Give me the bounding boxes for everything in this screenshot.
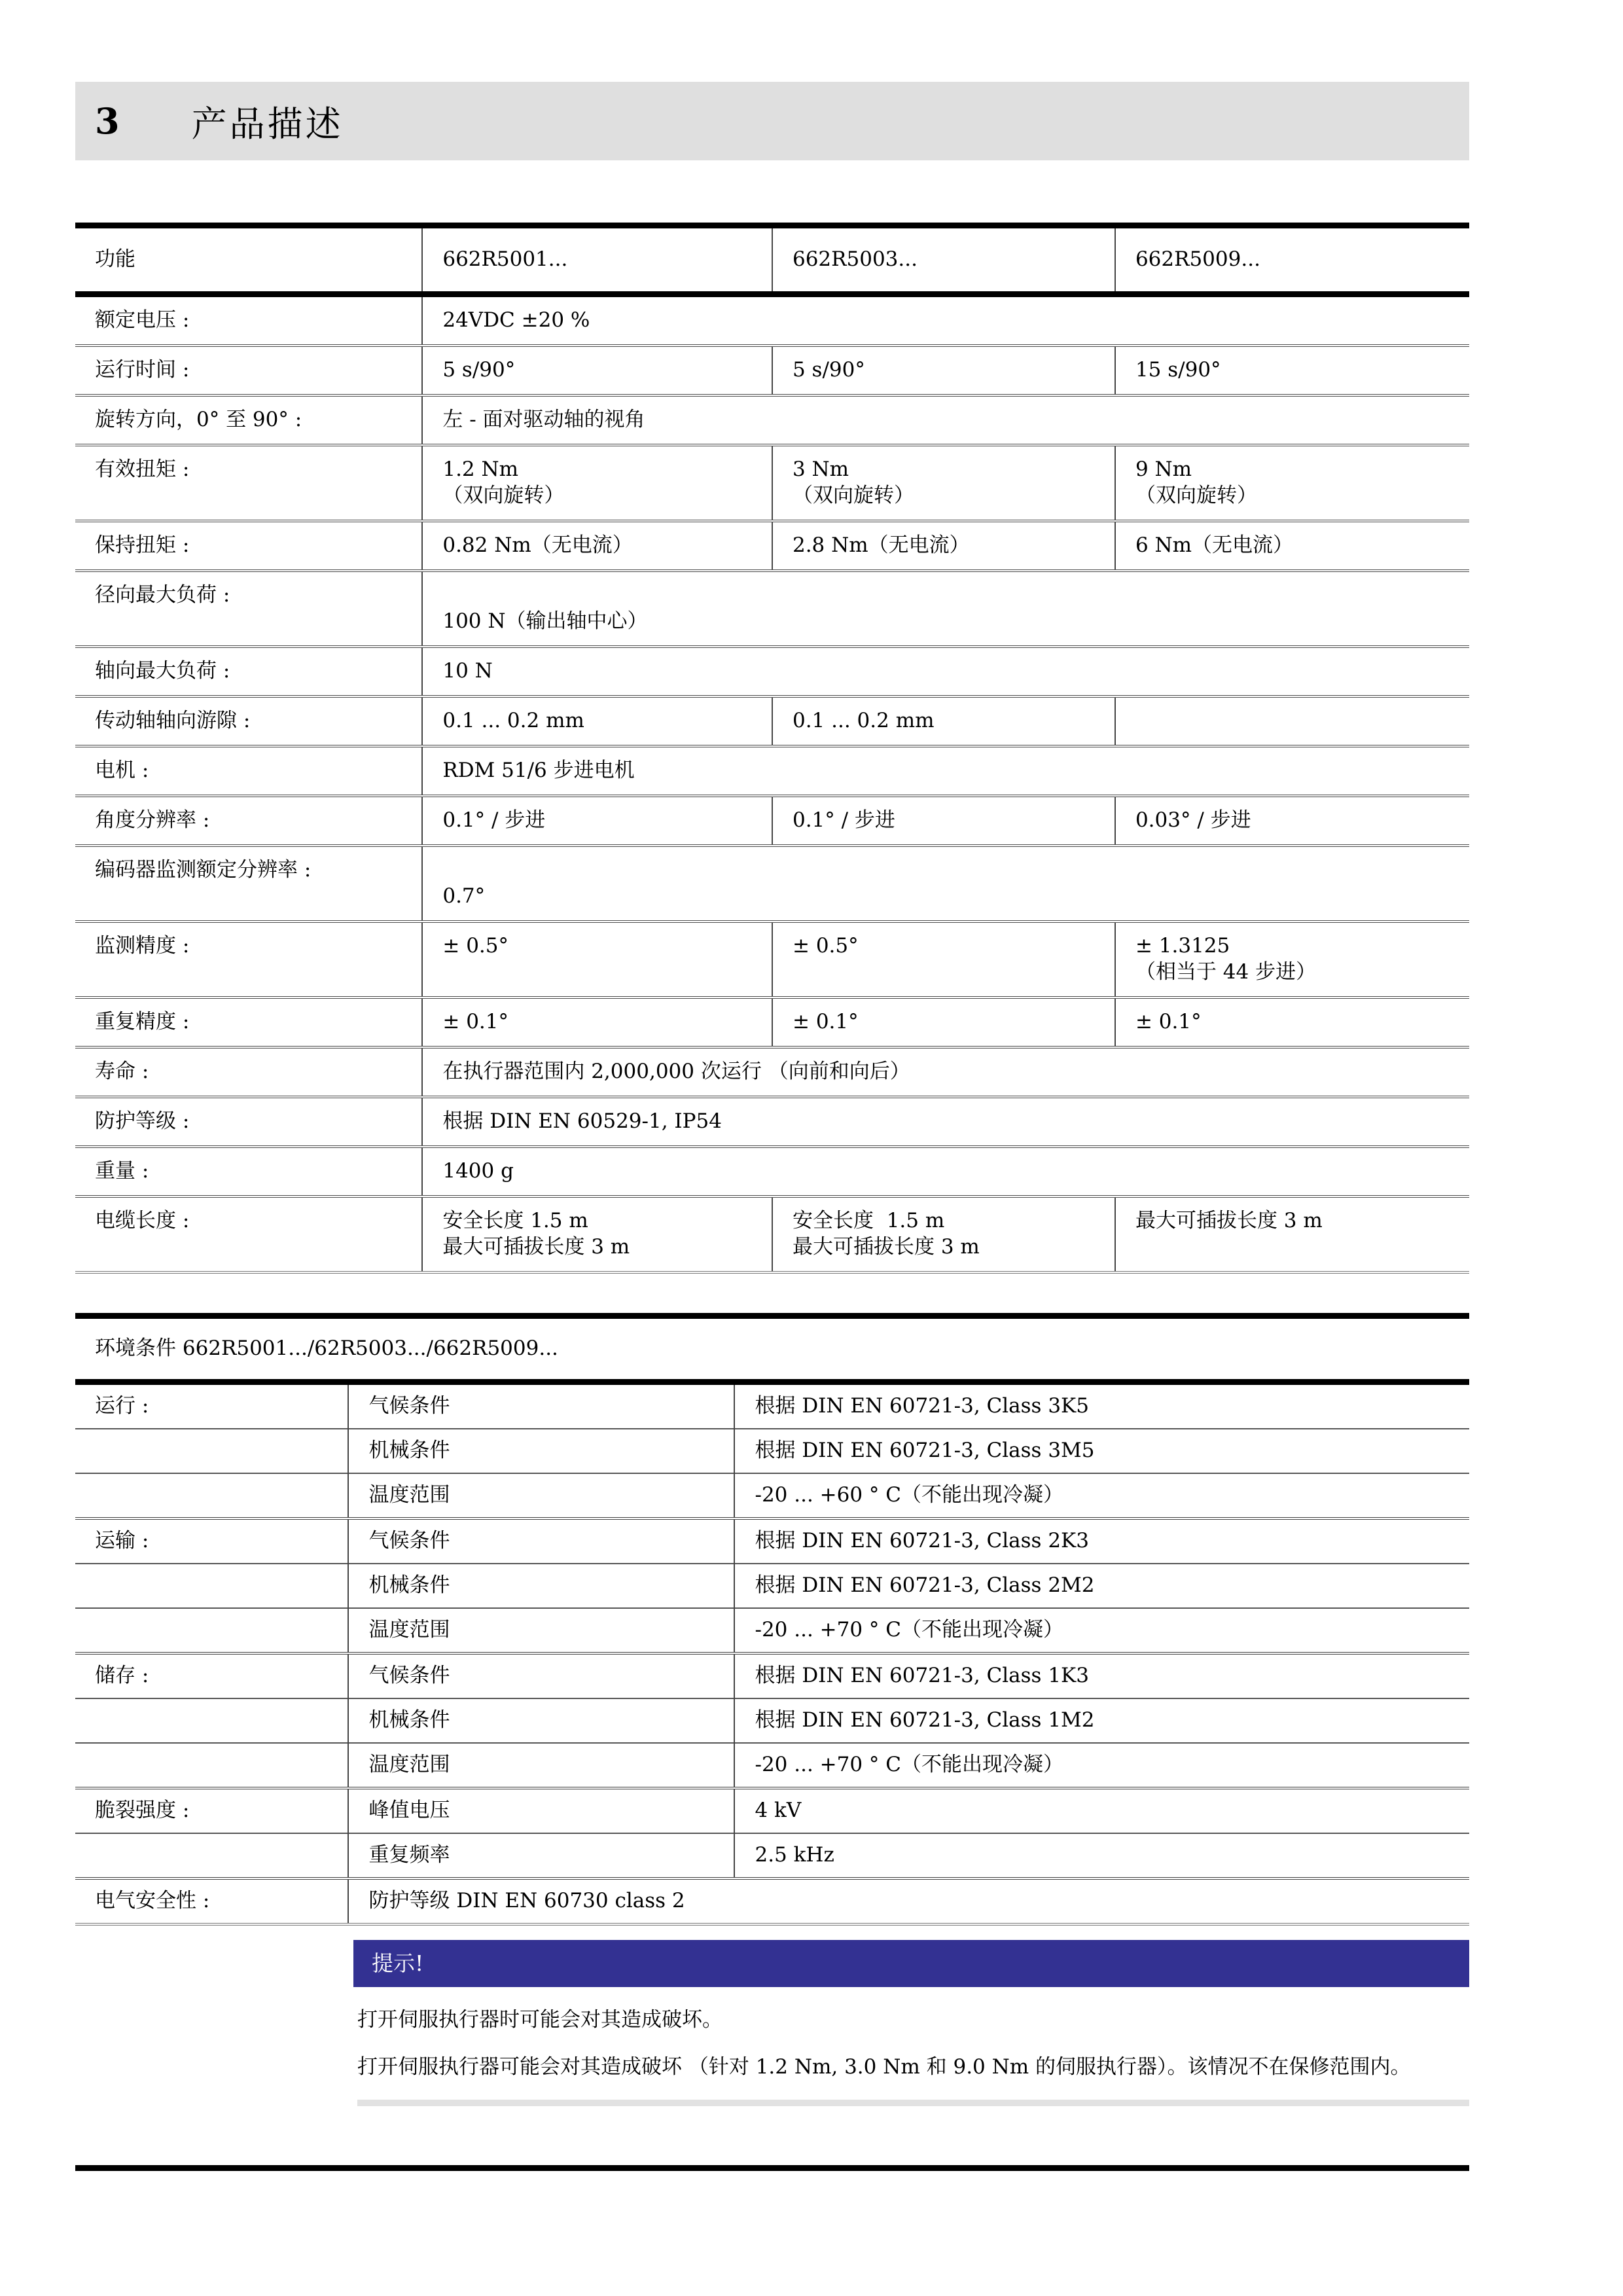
row-value: 5 s/90° xyxy=(422,346,772,395)
env-group-label: 电气安全性 : xyxy=(75,1878,348,1924)
spec-row: 重复精度 :± 0.1°± 0.1°± 0.1° xyxy=(75,997,1469,1047)
row-value: 5 s/90° xyxy=(772,346,1115,395)
document-page: 3 产品描述 功能 662R5001... 662R5003... 662R50… xyxy=(0,0,1623,2296)
spec-row: 寿命 :在执行器范围内 2,000,000 次运行 （向前和向后） xyxy=(75,1047,1469,1097)
env-row: 机械条件根据 DIN EN 60721-3, Class 1M2 xyxy=(75,1698,1469,1743)
section-end-divider xyxy=(357,2100,1469,2106)
spec-row: 防护等级 :根据 DIN EN 60529-1, IP54 xyxy=(75,1097,1469,1147)
env-group-label xyxy=(75,1743,348,1788)
row-value: 0.1° / 步进 xyxy=(772,796,1115,846)
note-title-bar: 提示! xyxy=(353,1940,1469,1987)
env-value: 4 kV xyxy=(734,1788,1469,1833)
spec-row: 电机 :RDM 51/6 步进电机 xyxy=(75,746,1469,796)
env-group-label: 运行 : xyxy=(75,1382,348,1429)
column-header-model-3: 662R5009... xyxy=(1115,226,1469,295)
note-box: 提示! 打开伺服执行器时可能会对其造成破坏。 打开伺服执行器可能会对其造成破坏 … xyxy=(353,1940,1469,2106)
spec-row: 编码器监测额定分辨率 : 0.7° xyxy=(75,846,1469,922)
env-value: 防护等级 DIN EN 60730 class 2 xyxy=(348,1878,1469,1924)
row-value: ± 0.1° xyxy=(772,997,1115,1047)
row-value: 安全长度 1.5 m 最大可插拔长度 3 m xyxy=(772,1196,1115,1272)
row-value: 2.8 Nm（无电流） xyxy=(772,521,1115,571)
env-value: 根据 DIN EN 60721-3, Class 1K3 xyxy=(734,1653,1469,1698)
column-header-model-1: 662R5001... xyxy=(422,226,772,295)
env-row: 机械条件根据 DIN EN 60721-3, Class 2M2 xyxy=(75,1564,1469,1608)
row-value: ± 0.1° xyxy=(422,997,772,1047)
row-value: 0.03° / 步进 xyxy=(1115,796,1469,846)
env-value: -20 ... +60 ° C（不能出现冷凝） xyxy=(734,1473,1469,1518)
env-group-label: 脆裂强度 : xyxy=(75,1788,348,1833)
row-value: ± 1.3125 （相当于 44 步进） xyxy=(1115,922,1469,997)
note-title: 提示! xyxy=(372,1950,423,1976)
row-value: 0.7° xyxy=(422,846,1469,922)
column-header-model-2: 662R5003... xyxy=(772,226,1115,295)
row-value: 3 Nm （双向旋转） xyxy=(772,445,1115,521)
spec-row: 角度分辨率 :0.1° / 步进0.1° / 步进0.03° / 步进 xyxy=(75,796,1469,846)
row-value: 1.2 Nm （双向旋转） xyxy=(422,445,772,521)
row-value: 10 N xyxy=(422,647,1469,696)
env-param: 机械条件 xyxy=(348,1698,734,1743)
row-label: 角度分辨率 : xyxy=(75,796,422,846)
spec-row: 监测精度 :± 0.5°± 0.5°± 1.3125 （相当于 44 步进） xyxy=(75,922,1469,997)
row-value: 24VDC ±20 % xyxy=(422,295,1469,346)
env-group-label xyxy=(75,1564,348,1608)
env-group-label xyxy=(75,1429,348,1473)
env-row: 机械条件根据 DIN EN 60721-3, Class 3M5 xyxy=(75,1429,1469,1473)
spec-row: 有效扭矩 :1.2 Nm （双向旋转）3 Nm （双向旋转）9 Nm （双向旋转… xyxy=(75,445,1469,521)
env-param: 峰值电压 xyxy=(348,1788,734,1833)
row-value: 左 - 面对驱动轴的视角 xyxy=(422,395,1469,445)
row-label: 电缆长度 : xyxy=(75,1196,422,1272)
env-value: -20 ... +70 ° C（不能出现冷凝） xyxy=(734,1608,1469,1653)
row-value: 9 Nm （双向旋转） xyxy=(1115,445,1469,521)
row-label: 监测精度 : xyxy=(75,922,422,997)
env-param: 气候条件 xyxy=(348,1382,734,1429)
env-group-label xyxy=(75,1833,348,1878)
row-value: 0.1 ... 0.2 mm xyxy=(772,696,1115,746)
row-value: 最大可插拔长度 3 m xyxy=(1115,1196,1469,1272)
env-row: 运输 :气候条件根据 DIN EN 60721-3, Class 2K3 xyxy=(75,1518,1469,1564)
row-label: 防护等级 : xyxy=(75,1097,422,1147)
spec-row: 保持扭矩 :0.82 Nm（无电流）2.8 Nm（无电流）6 Nm（无电流） xyxy=(75,521,1469,571)
env-param: 温度范围 xyxy=(348,1473,734,1518)
env-value: 根据 DIN EN 60721-3, Class 3M5 xyxy=(734,1429,1469,1473)
row-value: 100 N（输出轴中心） xyxy=(422,571,1469,647)
row-label: 重复精度 : xyxy=(75,997,422,1047)
row-label: 电机 : xyxy=(75,746,422,796)
env-row: 温度范围-20 ... +70 ° C（不能出现冷凝） xyxy=(75,1743,1469,1788)
row-value: ± 0.5° xyxy=(422,922,772,997)
env-row: 脆裂强度 :峰值电压4 kV xyxy=(75,1788,1469,1833)
note-paragraph-2: 打开伺服执行器可能会对其造成破坏 （针对 1.2 Nm, 3.0 Nm 和 9.… xyxy=(357,2053,1469,2081)
env-value: 根据 DIN EN 60721-3, Class 2K3 xyxy=(734,1518,1469,1564)
row-label: 旋转方向，0° 至 90° : xyxy=(75,395,422,445)
env-row: 温度范围-20 ... +60 ° C（不能出现冷凝） xyxy=(75,1473,1469,1518)
row-label: 额定电压 : xyxy=(75,295,422,346)
row-value: 1400 g xyxy=(422,1147,1469,1196)
env-table-title: 环境条件 662R5001.../62R5003.../662R5009... xyxy=(75,1316,1469,1382)
spec-row: 轴向最大负荷 :10 N xyxy=(75,647,1469,696)
spec-row: 传动轴轴向游隙 :0.1 ... 0.2 mm0.1 ... 0.2 mm xyxy=(75,696,1469,746)
row-value: 0.1 ... 0.2 mm xyxy=(422,696,772,746)
row-value: ± 0.5° xyxy=(772,922,1115,997)
row-label: 编码器监测额定分辨率 : xyxy=(75,846,422,922)
spec-row: 额定电压 :24VDC ±20 % xyxy=(75,295,1469,346)
spec-table: 功能 662R5001... 662R5003... 662R5009... 额… xyxy=(75,223,1469,1274)
section-header-band: 3 产品描述 xyxy=(75,82,1469,160)
row-value: 0.1° / 步进 xyxy=(422,796,772,846)
env-row: 温度范围-20 ... +70 ° C（不能出现冷凝） xyxy=(75,1608,1469,1653)
env-table-title-row: 环境条件 662R5001.../62R5003.../662R5009... xyxy=(75,1316,1469,1382)
env-value: 根据 DIN EN 60721-3, Class 1M2 xyxy=(734,1698,1469,1743)
row-value: 根据 DIN EN 60529-1, IP54 xyxy=(422,1097,1469,1147)
section-title: 产品描述 xyxy=(192,96,344,147)
env-param: 重复频率 xyxy=(348,1833,734,1878)
env-group-label xyxy=(75,1698,348,1743)
row-value: 15 s/90° xyxy=(1115,346,1469,395)
row-label: 径向最大负荷 : xyxy=(75,571,422,647)
row-value: 0.82 Nm（无电流） xyxy=(422,521,772,571)
note-paragraph-1: 打开伺服执行器时可能会对其造成破坏。 xyxy=(357,2005,1469,2034)
spec-table-header-row: 功能 662R5001... 662R5003... 662R5009... xyxy=(75,226,1469,295)
env-group-label: 储存 : xyxy=(75,1653,348,1698)
env-row: 重复频率2.5 kHz xyxy=(75,1833,1469,1878)
row-value: 6 Nm（无电流） xyxy=(1115,521,1469,571)
env-param: 温度范围 xyxy=(348,1608,734,1653)
footer-rule xyxy=(75,2165,1469,2171)
page-content: 3 产品描述 功能 662R5001... 662R5003... 662R50… xyxy=(75,82,1469,2106)
row-value xyxy=(1115,696,1469,746)
env-group-label xyxy=(75,1608,348,1653)
row-label: 保持扭矩 : xyxy=(75,521,422,571)
env-param: 气候条件 xyxy=(348,1653,734,1698)
env-param: 温度范围 xyxy=(348,1743,734,1788)
env-param: 机械条件 xyxy=(348,1564,734,1608)
spec-row: 径向最大负荷 : 100 N（输出轴中心） xyxy=(75,571,1469,647)
section-number: 3 xyxy=(95,100,120,142)
env-row: 储存 :气候条件根据 DIN EN 60721-3, Class 1K3 xyxy=(75,1653,1469,1698)
row-label: 传动轴轴向游隙 : xyxy=(75,696,422,746)
env-value: 2.5 kHz xyxy=(734,1833,1469,1878)
env-value: 根据 DIN EN 60721-3, Class 2M2 xyxy=(734,1564,1469,1608)
row-label: 轴向最大负荷 : xyxy=(75,647,422,696)
env-value: 根据 DIN EN 60721-3, Class 3K5 xyxy=(734,1382,1469,1429)
env-param: 机械条件 xyxy=(348,1429,734,1473)
env-param: 气候条件 xyxy=(348,1518,734,1564)
env-group-label xyxy=(75,1473,348,1518)
row-label: 有效扭矩 : xyxy=(75,445,422,521)
spec-row: 重量 :1400 g xyxy=(75,1147,1469,1196)
row-label: 运行时间 : xyxy=(75,346,422,395)
env-value: -20 ... +70 ° C（不能出现冷凝） xyxy=(734,1743,1469,1788)
env-row: 运行 :气候条件根据 DIN EN 60721-3, Class 3K5 xyxy=(75,1382,1469,1429)
column-header-function: 功能 xyxy=(75,226,422,295)
row-value: 安全长度 1.5 m 最大可插拔长度 3 m xyxy=(422,1196,772,1272)
env-table: 环境条件 662R5001.../62R5003.../662R5009... … xyxy=(75,1313,1469,1926)
row-label: 重量 : xyxy=(75,1147,422,1196)
row-label: 寿命 : xyxy=(75,1047,422,1097)
env-group-label: 运输 : xyxy=(75,1518,348,1564)
spec-row: 电缆长度 :安全长度 1.5 m 最大可插拔长度 3 m安全长度 1.5 m 最… xyxy=(75,1196,1469,1272)
row-value: RDM 51/6 步进电机 xyxy=(422,746,1469,796)
row-value: ± 0.1° xyxy=(1115,997,1469,1047)
spec-row: 运行时间 :5 s/90°5 s/90°15 s/90° xyxy=(75,346,1469,395)
spec-row: 旋转方向，0° 至 90° :左 - 面对驱动轴的视角 xyxy=(75,395,1469,445)
env-row: 电气安全性 :防护等级 DIN EN 60730 class 2 xyxy=(75,1878,1469,1924)
row-value: 在执行器范围内 2,000,000 次运行 （向前和向后） xyxy=(422,1047,1469,1097)
